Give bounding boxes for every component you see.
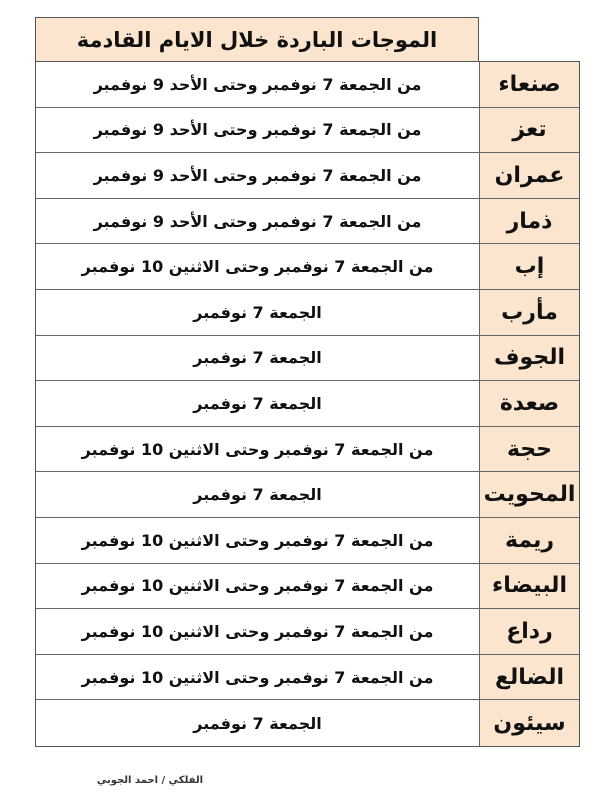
table-row: ذمارمن الجمعة 7 نوفمبر وحتى الأحد 9 نوفم… (36, 199, 579, 245)
table-row: ريمةمن الجمعة 7 نوفمبر وحتى الاثنين 10 ن… (36, 518, 579, 564)
period-cell: من الجمعة 7 نوفمبر وحتى الأحد 9 نوفمبر (36, 153, 479, 198)
period-cell: من الجمعة 7 نوفمبر وحتى الاثنين 10 نوفمب… (36, 244, 479, 289)
period-cell: الجمعة 7 نوفمبر (36, 336, 479, 381)
period-cell: الجمعة 7 نوفمبر (36, 700, 479, 746)
period-cell: من الجمعة 7 نوفمبر وحتى الاثنين 10 نوفمب… (36, 655, 479, 700)
table-row: المحويتالجمعة 7 نوفمبر (36, 472, 579, 518)
city-cell: سيئون (479, 700, 579, 746)
city-cell: رداع (479, 609, 579, 654)
city-cell: الضالع (479, 655, 579, 700)
table-row: الجوفالجمعة 7 نوفمبر (36, 336, 579, 382)
table-row: صعدةالجمعة 7 نوفمبر (36, 381, 579, 427)
period-cell: من الجمعة 7 نوفمبر وحتى الاثنين 10 نوفمب… (36, 518, 479, 563)
author-credit: الفلكي / احمد الجوبي (95, 775, 205, 786)
city-cell: صنعاء (479, 62, 579, 107)
city-cell: تعز (479, 108, 579, 153)
period-cell: من الجمعة 7 نوفمبر وحتى الأحد 9 نوفمبر (36, 62, 479, 107)
period-cell: من الجمعة 7 نوفمبر وحتى الأحد 9 نوفمبر (36, 108, 479, 153)
period-cell: الجمعة 7 نوفمبر (36, 290, 479, 335)
table-row: صنعاءمن الجمعة 7 نوفمبر وحتى الأحد 9 نوف… (36, 62, 579, 108)
city-cell: عمران (479, 153, 579, 198)
city-cell: المحويت (479, 472, 579, 517)
table-row: البيضاءمن الجمعة 7 نوفمبر وحتى الاثنين 1… (36, 564, 579, 610)
city-cell: حجة (479, 427, 579, 472)
city-cell: ريمة (479, 518, 579, 563)
period-cell: من الجمعة 7 نوفمبر وحتى الاثنين 10 نوفمب… (36, 564, 479, 609)
table-row: سيئونالجمعة 7 نوفمبر (36, 700, 579, 746)
period-cell: من الجمعة 7 نوفمبر وحتى الاثنين 10 نوفمب… (36, 427, 479, 472)
city-cell: ذمار (479, 199, 579, 244)
period-cell: الجمعة 7 نوفمبر (36, 472, 479, 517)
period-cell: من الجمعة 7 نوفمبر وحتى الاثنين 10 نوفمب… (36, 609, 479, 654)
table-row: إبمن الجمعة 7 نوفمبر وحتى الاثنين 10 نوف… (36, 244, 579, 290)
table-row: مأربالجمعة 7 نوفمبر (36, 290, 579, 336)
period-cell: من الجمعة 7 نوفمبر وحتى الأحد 9 نوفمبر (36, 199, 479, 244)
table-row: الضالعمن الجمعة 7 نوفمبر وحتى الاثنين 10… (36, 655, 579, 701)
table-row: عمرانمن الجمعة 7 نوفمبر وحتى الأحد 9 نوف… (36, 153, 579, 199)
city-cell: الجوف (479, 336, 579, 381)
table-row: حجةمن الجمعة 7 نوفمبر وحتى الاثنين 10 نو… (36, 427, 579, 473)
city-cell: إب (479, 244, 579, 289)
cold-waves-table: صنعاءمن الجمعة 7 نوفمبر وحتى الأحد 9 نوف… (35, 61, 580, 747)
table-title: الموجات الباردة خلال الايام القادمة (35, 17, 479, 61)
city-cell: مأرب (479, 290, 579, 335)
period-cell: الجمعة 7 نوفمبر (36, 381, 479, 426)
city-cell: صعدة (479, 381, 579, 426)
table-row: رداعمن الجمعة 7 نوفمبر وحتى الاثنين 10 ن… (36, 609, 579, 655)
table-row: تعزمن الجمعة 7 نوفمبر وحتى الأحد 9 نوفمب… (36, 108, 579, 154)
city-cell: البيضاء (479, 564, 579, 609)
